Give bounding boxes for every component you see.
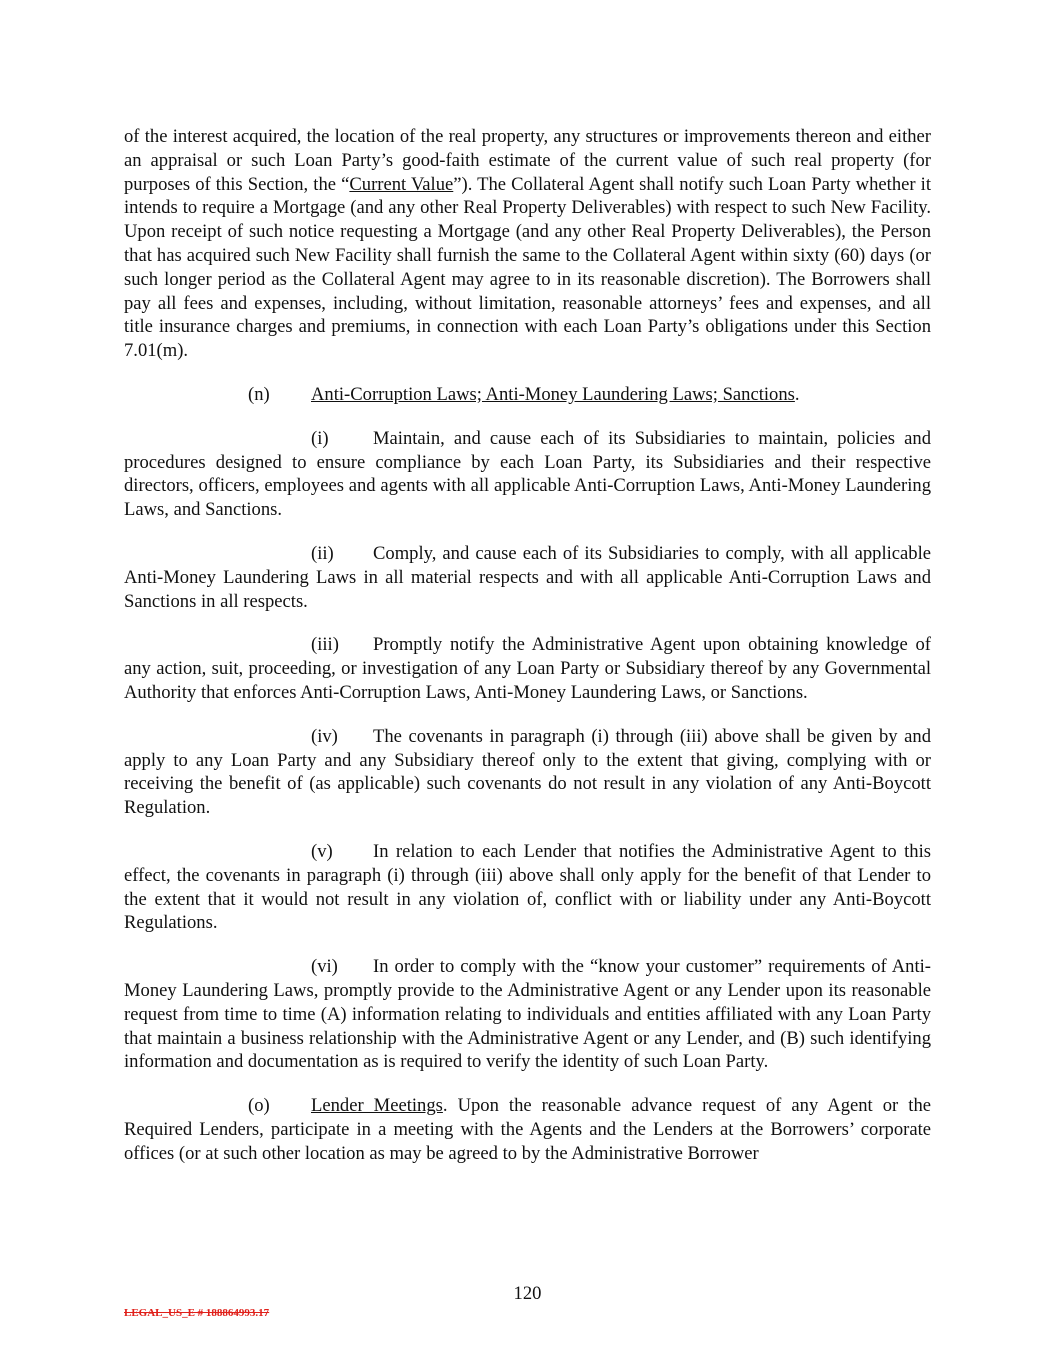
clause-vi: (vi)In order to comply with the “know yo… — [124, 955, 931, 1074]
clause-number: (iii) — [311, 633, 373, 657]
clause-number: (vi) — [311, 955, 373, 979]
section-n-heading: (n)Anti-Corruption Laws; Anti-Money Laun… — [124, 383, 931, 407]
section-number: (n) — [248, 383, 311, 407]
clause-text: In order to comply with the “know your c… — [124, 956, 931, 1072]
section-title: Anti-Corruption Laws; Anti-Money Launder… — [311, 384, 795, 405]
period: . — [795, 384, 800, 405]
clause-number: (iv) — [311, 725, 373, 749]
clause-text: The covenants in paragraph (i) through (… — [124, 726, 931, 818]
document-page: of the interest acquired, the location o… — [124, 125, 931, 1185]
intro-text-cont: ”). The Collateral Agent shall notify su… — [124, 174, 931, 362]
clause-iii: (iii)Promptly notify the Administrative … — [124, 633, 931, 704]
section-o: (o)Lender Meetings. Upon the reasonable … — [124, 1094, 931, 1165]
section-title: Lender Meetings — [311, 1095, 443, 1116]
intro-paragraph: of the interest acquired, the location o… — [124, 125, 931, 363]
document-id-footer: LEGAL_US_E # 188864993.17 — [124, 1307, 269, 1319]
clause-number: (i) — [311, 427, 373, 451]
clause-number: (v) — [311, 840, 373, 864]
section-number: (o) — [248, 1094, 311, 1118]
page-number: 120 — [0, 1283, 1055, 1305]
clause-number: (ii) — [311, 542, 373, 566]
clause-text: Promptly notify the Administrative Agent… — [124, 634, 931, 703]
clause-v: (v)In relation to each Lender that notif… — [124, 840, 931, 935]
clause-ii: (ii)Comply, and cause each of its Subsid… — [124, 542, 931, 613]
clause-iv: (iv)The covenants in paragraph (i) throu… — [124, 725, 931, 820]
clause-text: In relation to each Lender that notifies… — [124, 841, 931, 933]
clause-text: Maintain, and cause each of its Subsidia… — [124, 428, 931, 520]
clause-text: Comply, and cause each of its Subsidiari… — [124, 543, 931, 612]
clause-i: (i)Maintain, and cause each of its Subsi… — [124, 427, 931, 522]
defined-term-current-value: Current Value — [349, 174, 453, 195]
section-text: . Upon the reasonable advance request of… — [124, 1095, 931, 1164]
